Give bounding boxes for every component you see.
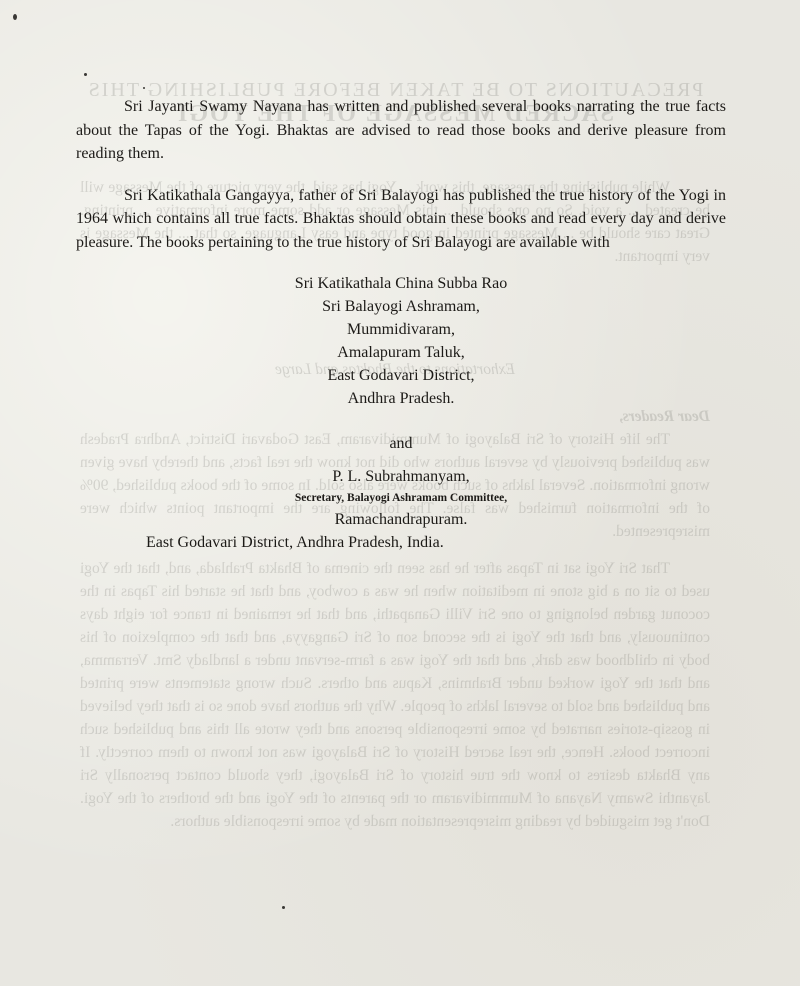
contact-title: Secretary, Balayogi Ashramam Committee, bbox=[76, 488, 726, 508]
address-line: Amalapuram Taluk, bbox=[76, 341, 726, 364]
scanned-page: PRECAUTIONS TO BE TAKEN BEFORE PUBLISHIN… bbox=[0, 0, 800, 986]
address-line: Sri Balayogi Ashramam, bbox=[76, 295, 726, 318]
paragraph-jayanti-swamy: Sri Jayanti Swamy Nayana has written and… bbox=[76, 95, 726, 166]
contact-town: Ramachandrapuram. bbox=[76, 508, 726, 531]
document-body: Sri Jayanti Swamy Nayana has written and… bbox=[76, 95, 726, 554]
conjunction: and bbox=[76, 432, 726, 455]
address-line: East Godavari District, bbox=[76, 364, 726, 387]
address-line: Andhra Pradesh. bbox=[76, 387, 726, 410]
contact-name: P. L. Subrahmanyam, bbox=[76, 465, 726, 488]
address-block: Sri Katikathala China Subba Rao Sri Bala… bbox=[76, 272, 726, 554]
bleed-through-paragraph: That Sri Yogi sat in Tapas after he has … bbox=[80, 557, 710, 833]
contact-region: East Godavari District, Andhra Pradesh, … bbox=[76, 531, 726, 554]
address-line: Sri Katikathala China Subba Rao bbox=[76, 272, 726, 295]
address-line: Mummidivaram, bbox=[76, 318, 726, 341]
paragraph-katikathala-gangayya: Sri Katikathala Gangayya, father of Sri … bbox=[76, 184, 726, 255]
